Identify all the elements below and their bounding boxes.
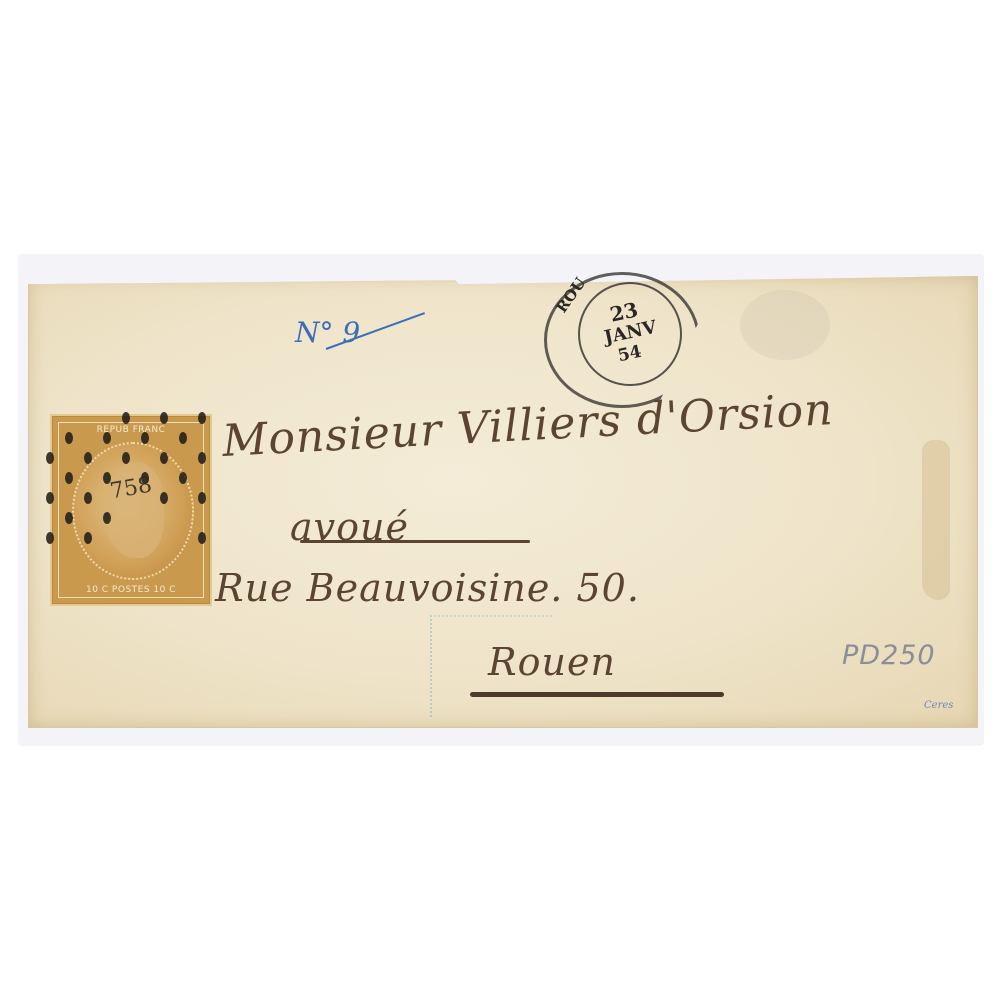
cancel-dot [103, 432, 111, 444]
paper-stain [922, 440, 950, 600]
cancel-dot [198, 412, 206, 424]
cancel-dot [179, 432, 187, 444]
city-underline [470, 692, 724, 697]
expert-signature: Ceres [924, 700, 953, 711]
date-postmark: ROU 23 JANV 54 [544, 272, 704, 402]
cancel-dot [65, 472, 73, 484]
cancel-dot [198, 492, 206, 504]
cancel-dot [103, 512, 111, 524]
stamp-bottom-text: 10 C POSTES 10 C [52, 585, 210, 595]
cancel-dot [84, 532, 92, 544]
address-line-street: Rue Beauvoisine. 50. [215, 566, 640, 610]
cancel-dot [65, 432, 73, 444]
cancel-dot [122, 452, 130, 464]
cancel-dot [198, 452, 206, 464]
cancel-dot [179, 472, 187, 484]
cancel-dot [84, 492, 92, 504]
cancel-dot [65, 512, 73, 524]
title-stroke [300, 540, 530, 543]
cancel-dot [84, 452, 92, 464]
cancel-dot [141, 432, 149, 444]
cancel-dot [198, 532, 206, 544]
cancel-dot [122, 412, 130, 424]
paper-stain [740, 290, 830, 360]
pencil-note: PD250 [842, 640, 936, 671]
postmark-year: 54 [616, 344, 643, 366]
cancel-dot [160, 412, 168, 424]
cancel-dot [46, 532, 54, 544]
cancel-dot [46, 452, 54, 464]
cancel-dot [160, 452, 168, 464]
cancel-dot [160, 492, 168, 504]
reference-number: N° 9 [295, 316, 360, 349]
address-line-city: Rouen [488, 640, 616, 684]
cancel-dot [46, 492, 54, 504]
